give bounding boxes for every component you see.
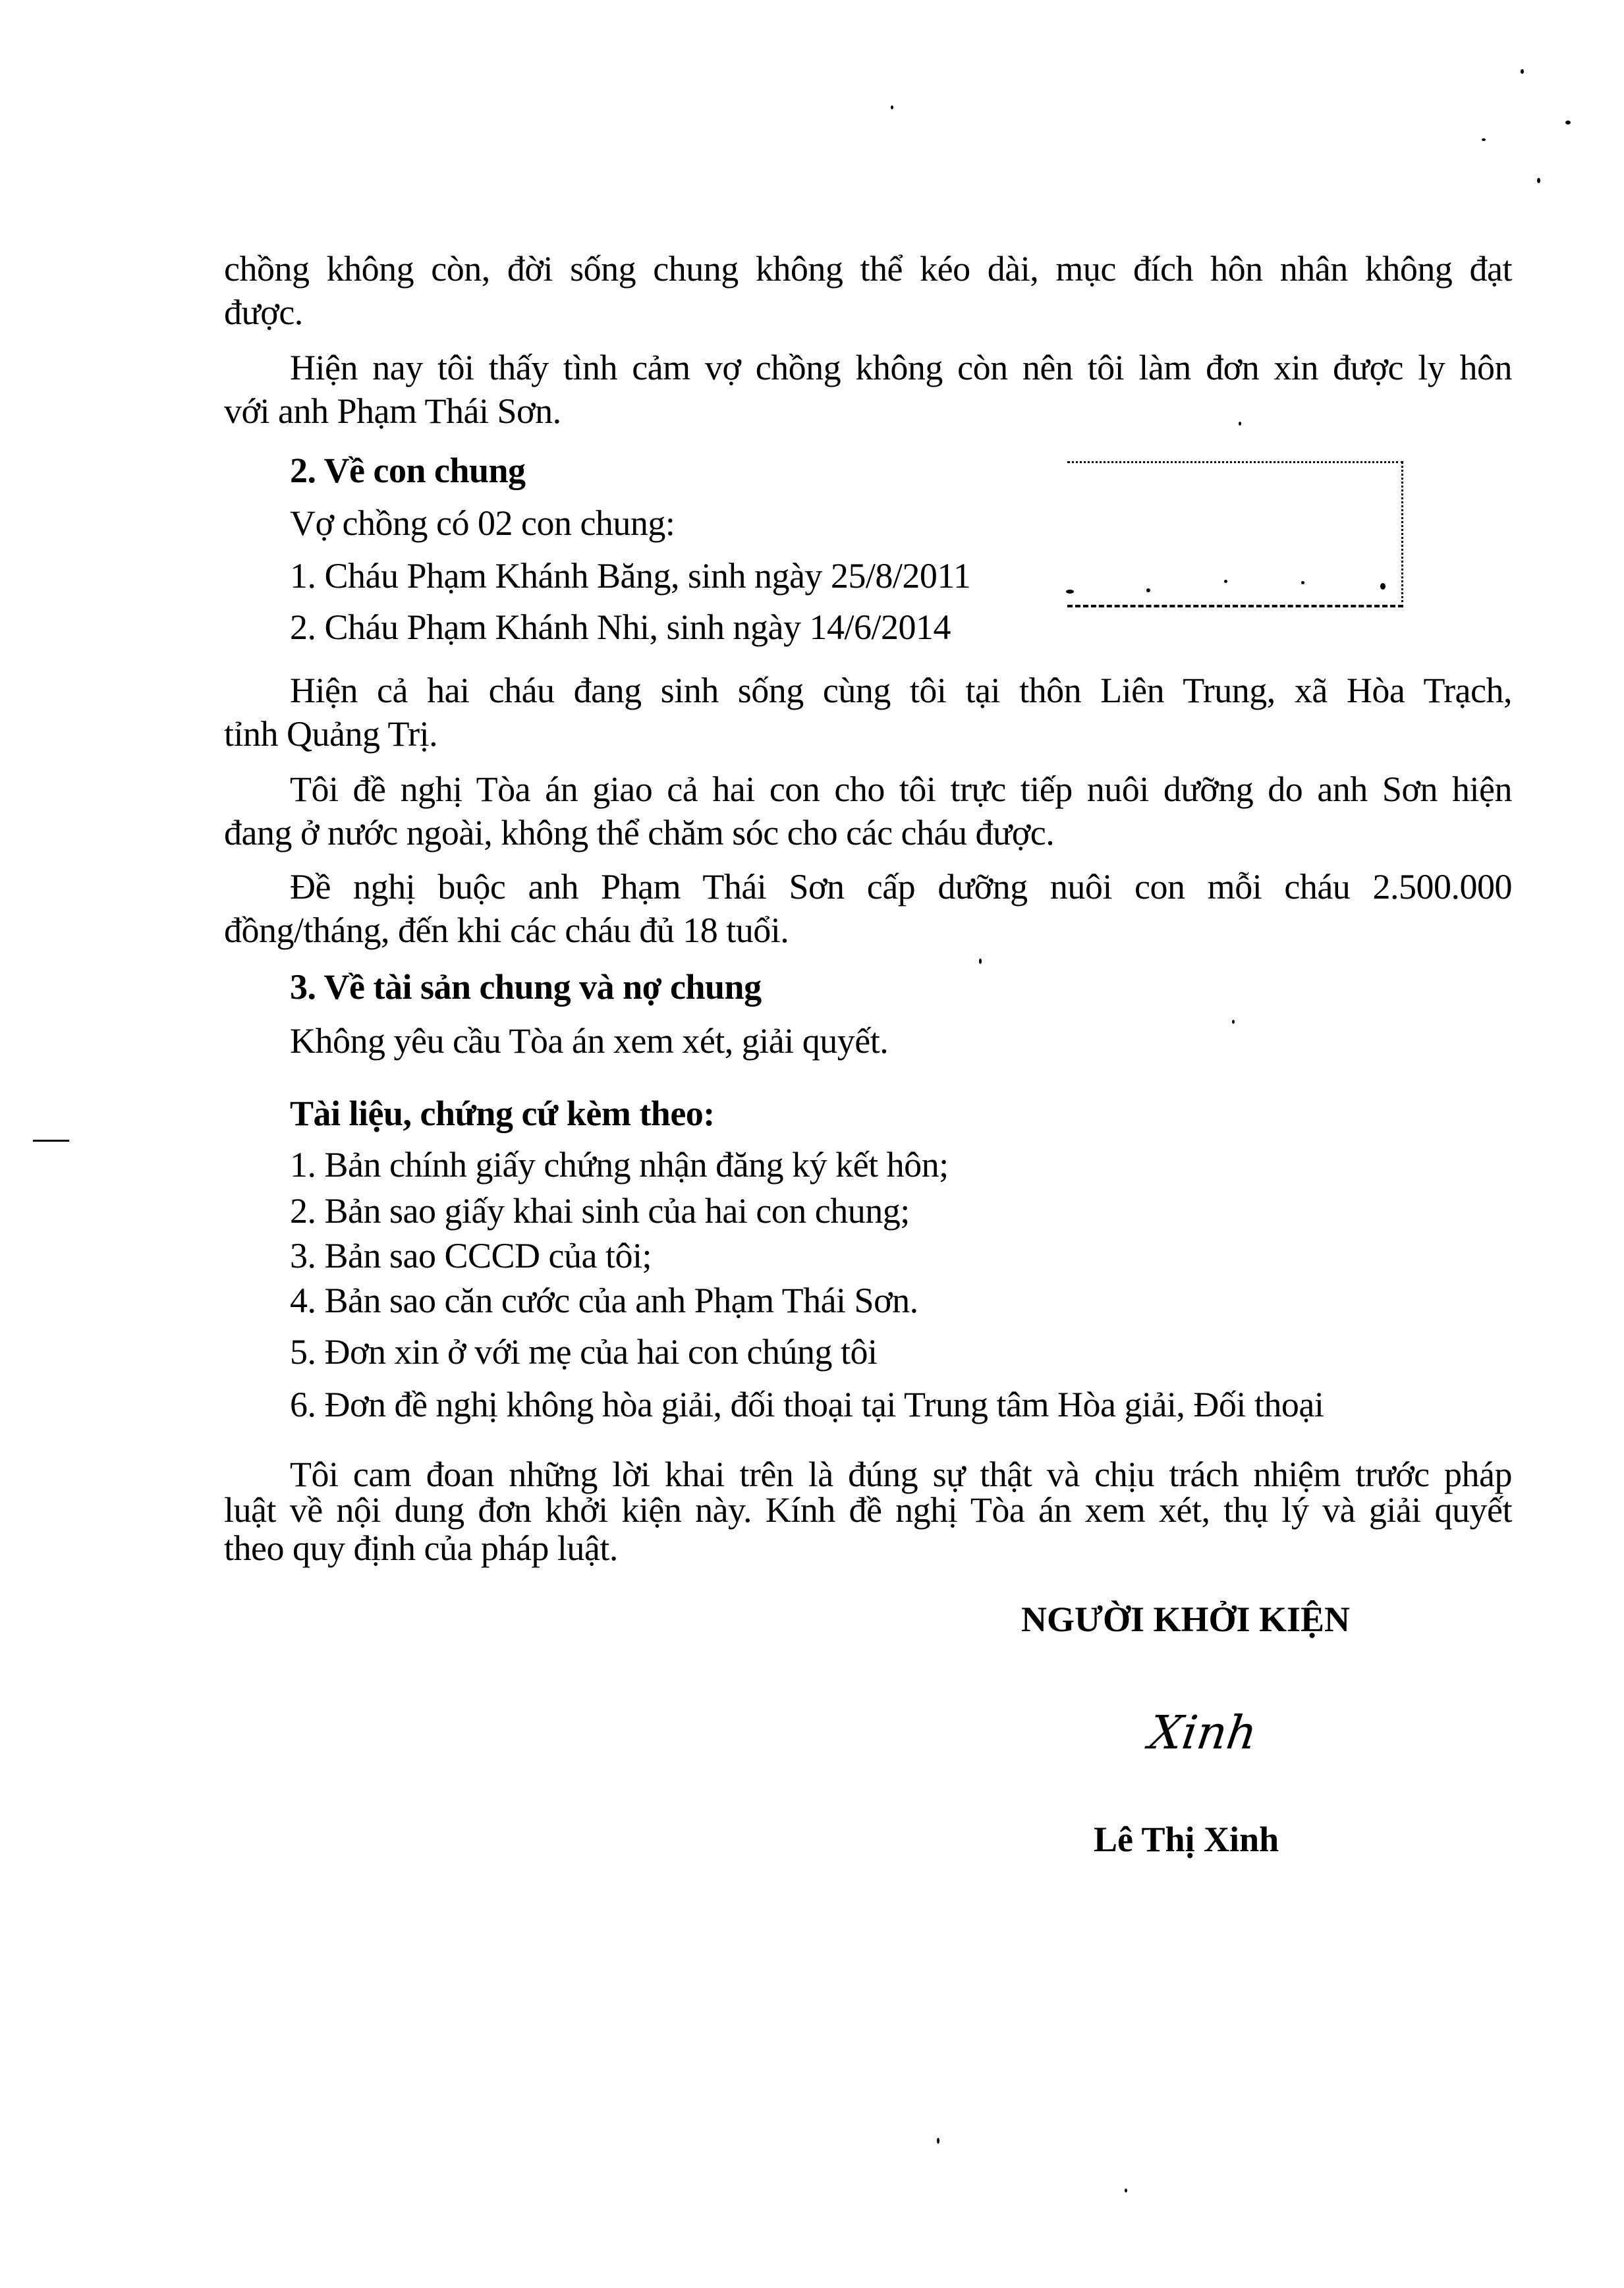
section-heading: 2. Về con chung bbox=[290, 451, 526, 490]
scan-speck bbox=[1301, 581, 1304, 584]
paragraph-line: được. bbox=[224, 293, 303, 332]
scan-speck bbox=[937, 2138, 939, 2144]
handwritten-signature: Xinh bbox=[1146, 1706, 1260, 1759]
scan-speck bbox=[979, 959, 982, 964]
paragraph-line: Hiện cả hai cháu đang sinh sống cùng tôi… bbox=[290, 671, 1512, 710]
scan-speck bbox=[1224, 580, 1227, 583]
paragraph-line: đang ở nước ngoài, không thể chăm sóc ch… bbox=[224, 813, 1054, 852]
paragraph-line: Tôi cam đoan những lời khai trên là đúng… bbox=[290, 1455, 1512, 1494]
attachments-heading: Tài liệu, chứng cứ kèm theo: bbox=[290, 1094, 715, 1133]
scan-speck bbox=[1521, 69, 1524, 74]
paragraph-line: theo quy định của pháp luật. bbox=[224, 1528, 618, 1568]
attachment-item: 1. Bản chính giấy chứng nhận đăng ký kết… bbox=[290, 1145, 949, 1185]
scan-speck bbox=[1565, 121, 1571, 125]
attachment-item: 6. Đơn đề nghị không hòa giải, đối thoại… bbox=[290, 1385, 1324, 1424]
signer-name: Lê Thị Xinh bbox=[1094, 1820, 1279, 1859]
paragraph-line: Vợ chồng có 02 con chung: bbox=[290, 503, 675, 543]
paragraph-line: Không yêu cầu Tòa án xem xét, giải quyết… bbox=[290, 1021, 888, 1061]
attachment-item: 4. Bản sao căn cước của anh Phạm Thái Sơ… bbox=[290, 1281, 918, 1320]
scan-speck bbox=[891, 105, 893, 109]
scan-speck bbox=[1537, 178, 1540, 183]
paragraph-line: Tôi đề nghị Tòa án giao cả hai con cho t… bbox=[290, 769, 1512, 809]
child-item: 2. Cháu Phạm Khánh Nhi, sinh ngày 14/6/2… bbox=[290, 607, 951, 647]
scan-speck bbox=[1125, 2189, 1127, 2192]
document-page: chồng không còn, đời sống chung không th… bbox=[0, 0, 1624, 2288]
scan-mark bbox=[33, 1140, 69, 1142]
scan-speck bbox=[1239, 422, 1241, 426]
child-item: 1. Cháu Phạm Khánh Băng, sinh ngày 25/8/… bbox=[290, 556, 970, 596]
paragraph-line: với anh Phạm Thái Sơn. bbox=[224, 391, 561, 431]
scan-speck bbox=[1482, 138, 1486, 141]
signature-title: NGƯỜI KHỞI KIỆN bbox=[1021, 1600, 1350, 1639]
section-heading: 3. Về tài sản chung và nợ chung bbox=[290, 967, 762, 1007]
scan-speck bbox=[1232, 1020, 1235, 1024]
scan-speck bbox=[1380, 583, 1386, 590]
attachment-item: 3. Bản sao CCCD của tôi; bbox=[290, 1236, 652, 1275]
paragraph-line: đồng/tháng, đến khi các cháu đủ 18 tuổi. bbox=[224, 910, 789, 950]
paragraph-line: Đề nghị buộc anh Phạm Thái Sơn cấp dưỡng… bbox=[290, 867, 1512, 907]
scan-speck bbox=[1066, 590, 1074, 594]
paragraph-line: chồng không còn, đời sống chung không th… bbox=[224, 249, 1512, 289]
paragraph-line: tỉnh Quảng Trị. bbox=[224, 714, 437, 754]
scan-speck bbox=[1146, 588, 1150, 592]
paragraph-line: Hiện nay tôi thấy tình cảm vợ chồng khôn… bbox=[290, 348, 1512, 387]
stamp-box bbox=[1067, 461, 1403, 607]
attachment-item: 5. Đơn xin ở với mẹ của hai con chúng tô… bbox=[290, 1332, 878, 1372]
paragraph-line: luật về nội dung đơn khởi kiện này. Kính… bbox=[224, 1490, 1512, 1530]
attachment-item: 2. Bản sao giấy khai sinh của hai con ch… bbox=[290, 1191, 910, 1231]
